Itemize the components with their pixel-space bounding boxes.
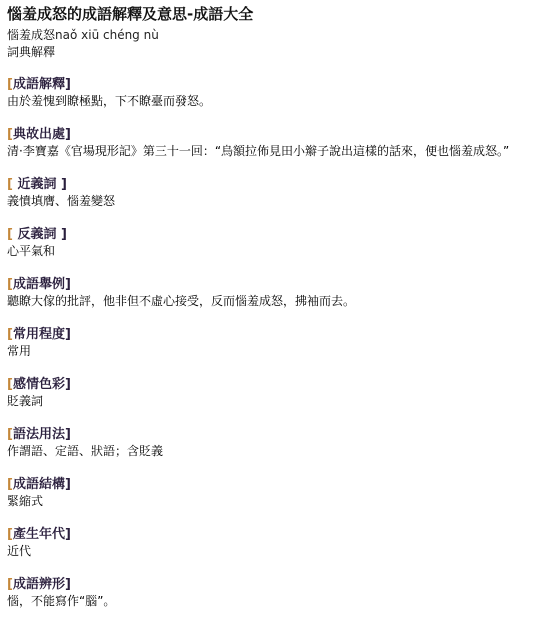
section-title: [感情色彩] <box>7 376 538 393</box>
section-content: 心平氣和 <box>7 243 538 260</box>
bracket-close: ] <box>56 177 66 192</box>
idiom-pinyin-line: 惱羞成怒naǒ xiū chéng nù <box>7 27 538 44</box>
section-title: [成語結構] <box>7 476 538 493</box>
section-label: 成語解釋 <box>13 77 65 92</box>
bracket-open: [ <box>7 227 17 242</box>
section-source: [典故出處] 清·李寶嘉《官場現形記》第三十一回：“烏額拉佈見田小辮子說出這樣的… <box>7 126 538 160</box>
section-title: [ 反義詞 ] <box>7 226 538 243</box>
section-definition: [成語解釋] 由於羞愧到瞭極點，下不瞭臺而發怒。 <box>7 76 538 110</box>
bracket-close: ] <box>65 77 71 92</box>
section-label: 典故出處 <box>13 127 65 142</box>
section-title: [語法用法] <box>7 426 538 443</box>
section-usage-frequency: [常用程度] 常用 <box>7 326 538 360</box>
section-title: [典故出處] <box>7 126 538 143</box>
bracket-close: ] <box>65 477 71 492</box>
section-era: [產生年代] 近代 <box>7 526 538 560</box>
section-label: 成語辨形 <box>13 577 65 592</box>
section-form-distinction: [成語辨形] 惱，不能寫作“腦”。 <box>7 576 538 610</box>
section-content: 貶義詞 <box>7 393 538 410</box>
section-synonyms: [ 近義詞 ] 義憤填膺、惱羞變怒 <box>7 176 538 210</box>
section-antonyms: [ 反義詞 ] 心平氣和 <box>7 226 538 260</box>
section-sentiment: [感情色彩] 貶義詞 <box>7 376 538 410</box>
section-content: 由於羞愧到瞭極點，下不瞭臺而發怒。 <box>7 93 538 110</box>
section-label: 反義詞 <box>17 227 56 242</box>
bracket-close: ] <box>56 227 66 242</box>
page-title: 惱羞成怒的成語解釋及意思-成語大全 <box>7 4 538 24</box>
section-title: [成語解釋] <box>7 76 538 93</box>
section-grammar: [語法用法] 作謂語、定語、狀語；含貶義 <box>7 426 538 460</box>
bracket-open: [ <box>7 177 17 192</box>
bracket-close: ] <box>65 427 71 442</box>
bracket-close: ] <box>65 277 71 292</box>
section-content: 惱，不能寫作“腦”。 <box>7 593 538 610</box>
bracket-close: ] <box>65 127 71 142</box>
idiom-text: 惱羞成怒 <box>7 28 55 42</box>
section-label: 常用程度 <box>13 327 65 342</box>
section-title: [成語舉例] <box>7 276 538 293</box>
section-example: [成語舉例] 聽瞭大傢的批評，他非但不虛心接受，反而惱羞成怒，拂袖而去。 <box>7 276 538 310</box>
section-content: 常用 <box>7 343 538 360</box>
section-content: 緊縮式 <box>7 493 538 510</box>
section-label: 語法用法 <box>13 427 65 442</box>
document-page: 惱羞成怒的成語解釋及意思-成語大全 惱羞成怒naǒ xiū chéng nù 詞… <box>0 0 538 610</box>
section-label: 成語舉例 <box>13 277 65 292</box>
section-label: 成語結構 <box>13 477 65 492</box>
pinyin-text: naǒ xiū chéng nù <box>55 28 159 42</box>
section-content: 清·李寶嘉《官場現形記》第三十一回：“烏額拉佈見田小辮子說出這樣的話來，便也惱羞… <box>7 143 538 160</box>
section-label: 近義詞 <box>17 177 56 192</box>
section-content: 近代 <box>7 543 538 560</box>
section-title: [成語辨形] <box>7 576 538 593</box>
section-label: 產生年代 <box>13 527 65 542</box>
section-content: 作謂語、定語、狀語；含貶義 <box>7 443 538 460</box>
dictionary-subtitle: 詞典解釋 <box>7 44 538 61</box>
section-content: 聽瞭大傢的批評，他非但不虛心接受，反而惱羞成怒，拂袖而去。 <box>7 293 538 310</box>
section-structure: [成語結構] 緊縮式 <box>7 476 538 510</box>
section-content: 義憤填膺、惱羞變怒 <box>7 193 538 210</box>
bracket-close: ] <box>65 527 71 542</box>
section-label: 感情色彩 <box>13 377 65 392</box>
section-title: [ 近義詞 ] <box>7 176 538 193</box>
section-title: [常用程度] <box>7 326 538 343</box>
bracket-close: ] <box>65 377 71 392</box>
bracket-close: ] <box>65 327 71 342</box>
bracket-close: ] <box>65 577 71 592</box>
section-title: [產生年代] <box>7 526 538 543</box>
